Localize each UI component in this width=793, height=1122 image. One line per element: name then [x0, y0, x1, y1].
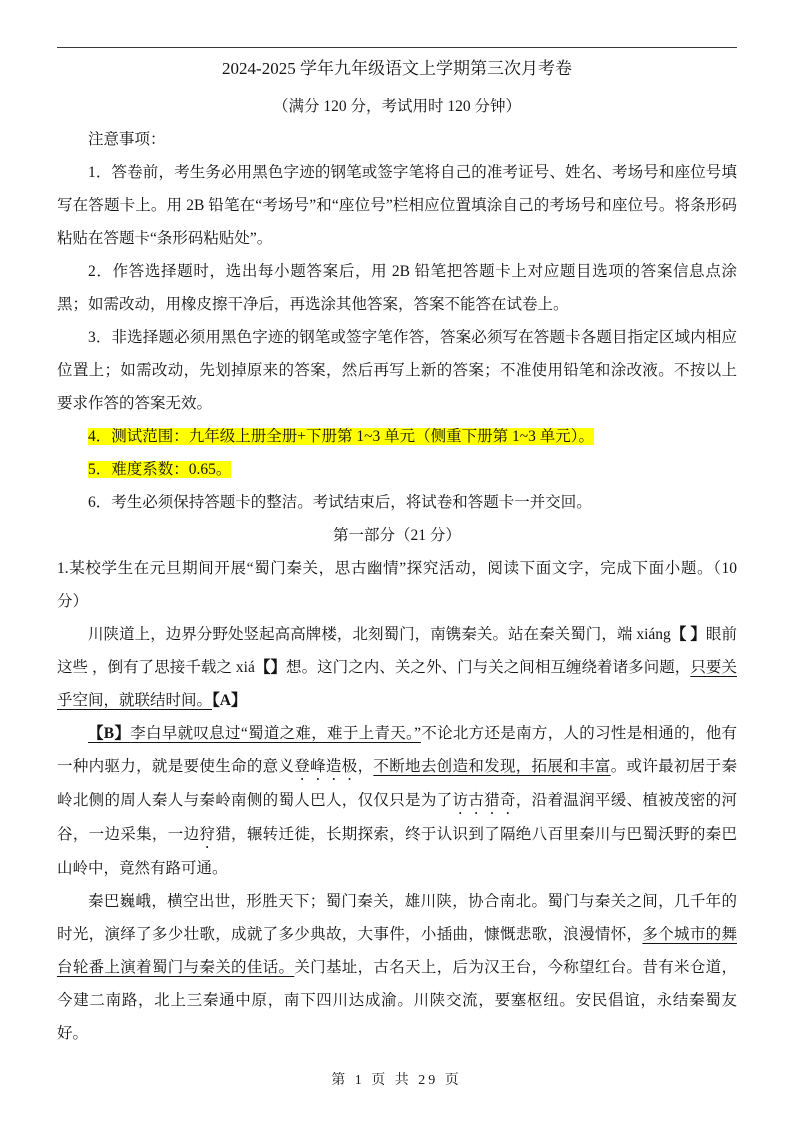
question-intro: 1.某校学生在元旦期间开展“蜀门秦关，思古幽情”探究活动，阅读下面文字，完成下面…: [57, 552, 737, 618]
header-rule: [57, 0, 737, 48]
text-run: 想。这门之内、关之外、门与关之间相互缠绕着诸多问题，: [286, 659, 690, 676]
passage-paragraph-3: 秦巴巍峨，横空出世，形胜天下；蜀门秦关，雄川陕，协合南北。蜀门与秦关之间，几千年…: [57, 885, 737, 1050]
notice-item-text: 6．考生必须保持答题卡的整洁。考试结束后，将试卷和答题卡一并交回。: [88, 494, 592, 511]
notice-item-5: 5．难度系数：0.65。: [57, 453, 737, 486]
text-run: 访古猎奇: [453, 792, 516, 809]
text-run: 【】: [255, 659, 286, 676]
page-title: 2024-2025 学年九年级语文上学期第三次月考卷: [57, 52, 737, 85]
page-subtitle: （满分 120 分，考试用时 120 分钟）: [57, 90, 737, 123]
passage-paragraph-2: 【B】李白早就叹息过“蜀道之难，难于上青天。”不论北方还是南方，人的习性是相通的…: [57, 717, 737, 885]
text-run: ，: [358, 758, 374, 775]
text-run: 登峰造极: [294, 758, 357, 775]
notice-heading: 注意事项：: [57, 123, 737, 156]
exam-paper-page: 2024-2025 学年九年级语文上学期第三次月考卷 （满分 120 分，考试用…: [0, 0, 793, 1122]
notice-item-text: 3．非选择题必须用黑色字迹的钢笔或签字笔作答，答案必须写在答题卡各题目指定区域内…: [57, 329, 737, 412]
section-heading: 第一部分（21 分）: [57, 519, 737, 552]
notice-item-6: 6．考生必须保持答题卡的整洁。考试结束后，将试卷和答题卡一并交回。: [57, 486, 737, 519]
text-run: 秦巴巍峨，横空出世，形胜天下；蜀门秦关，雄川陕，协合南北。蜀门与秦关之间，几千年…: [57, 893, 737, 943]
text-run: 【B】: [88, 725, 130, 742]
notice-item-3: 3．非选择题必须用黑色字迹的钢笔或签字笔作答，答案必须写在答题卡各题目指定区域内…: [57, 321, 737, 420]
text-run: 不断地去创造和发现，拓展和丰富: [373, 758, 610, 775]
notice-item-4: 4．测试范围：九年级上册全册+下册第 1~3 单元（侧重下册第 1~3 单元）。: [57, 420, 737, 453]
notice-item-text: 2．作答选择题时，选出每小题答案后，用 2B 铅笔把答题卡上对应题目选项的答案信…: [57, 263, 737, 313]
notice-item-2: 2．作答选择题时，选出每小题答案后，用 2B 铅笔把答题卡上对应题目选项的答案信…: [57, 255, 737, 321]
text-run: 李白早就叹息过“蜀道之难，难于上青天。”: [130, 725, 421, 742]
notice-item-1: 1．答卷前，考生务必用黑色字迹的钢笔或签字笔将自己的准考证号、姓名、考场号和座位…: [57, 156, 737, 255]
notice-item-text: 5．难度系数：0.65。: [88, 461, 231, 478]
notice-item-text: 1．答卷前，考生务必用黑色字迹的钢笔或签字笔将自己的准考证号、姓名、考场号和座位…: [57, 164, 737, 247]
notice-item-text: 4．测试范围：九年级上册全册+下册第 1~3 单元（侧重下册第 1~3 单元）。: [88, 428, 594, 445]
text-run: 狩: [199, 826, 215, 843]
text-run: 【 】: [671, 626, 706, 643]
passage-paragraph-1: 川陕道上，边界分野处竖起高高牌楼，北刻蜀门，南镌秦关。站在秦关蜀门，端 xián…: [57, 618, 737, 717]
page-footer: 第 1 页 共 29 页: [0, 1069, 793, 1089]
text-run: 川陕道上，边界分野处竖起高高牌楼，北刻蜀门，南镌秦关。站在秦关蜀门，端 xián…: [88, 626, 671, 643]
text-run: 【A】: [212, 692, 246, 709]
